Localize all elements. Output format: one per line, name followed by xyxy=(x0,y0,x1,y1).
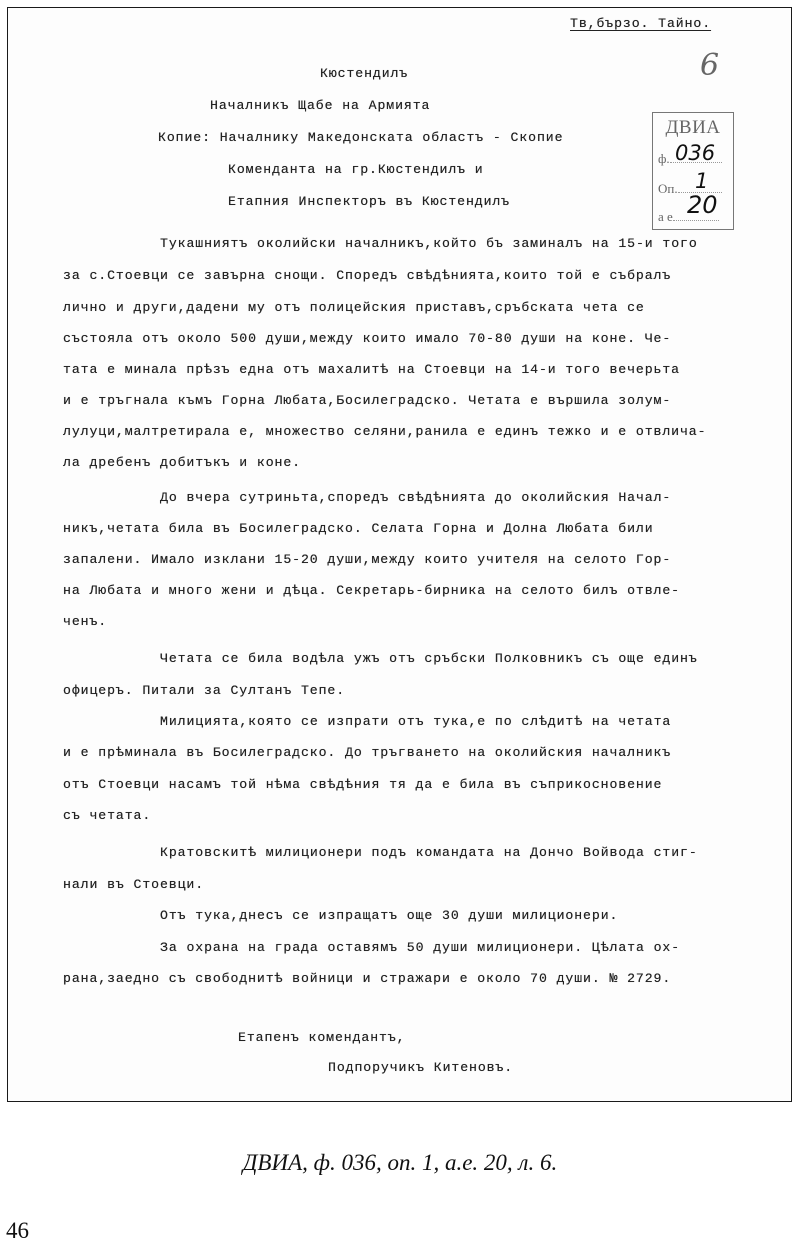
body-line: тата е минала прѣзъ една отъ махалитѣ на… xyxy=(63,362,680,377)
classification-mark: Тв,бързо. Тайно. xyxy=(570,16,711,31)
body-line: Отъ тука,днесъ се изпращатъ още 30 души … xyxy=(160,908,618,923)
body-line: нали въ Стоевци. xyxy=(63,877,204,892)
copies-line-3: Етапния Инспекторъ въ Кюстендилъ xyxy=(228,194,510,209)
body-line: никъ,четата била въ Босилеградско. Селат… xyxy=(63,521,654,536)
body-line: До вчера сутриньта,споредъ свѣдѣнията до… xyxy=(160,490,671,505)
body-line: ла дребенъ добитъкъ и коне. xyxy=(63,455,301,470)
body-line: за с.Стоевци се завърна снощи. Споредъ с… xyxy=(63,268,671,283)
page-number: 46 xyxy=(6,1218,29,1244)
body-line: лулуци,малтретирала е, множество селяни,… xyxy=(63,424,706,439)
stamp-unit-value: 20 xyxy=(687,191,718,219)
body-line: За охрана на града оставямъ 50 души мили… xyxy=(160,940,680,955)
body-line: ченъ. xyxy=(63,614,107,629)
stamp-opis-value: 1 xyxy=(695,169,708,193)
body-line: Милицията,която се изпрати отъ тука,е по… xyxy=(160,714,671,729)
body-line: и е тръгнала къмъ Горна Любата,Босилегра… xyxy=(63,393,671,408)
place-heading: Кюстендилъ xyxy=(320,66,408,81)
body-line: запалени. Имало изклани 15-20 души,между… xyxy=(63,552,671,567)
recipient-line: Началникъ Щабе на Армията xyxy=(210,98,430,113)
body-line: Четата се била водѣла ужъ отъ сръбски По… xyxy=(160,651,698,666)
body-line: на Любата и много жени и дѣца. Секретарь… xyxy=(63,583,680,598)
stamp-title: ДВИА xyxy=(653,117,733,139)
signature-title: Етапенъ комендантъ, xyxy=(238,1030,405,1045)
folio-number-handwritten: 6 xyxy=(700,48,719,83)
body-line: и е прѣминала въ Босилеградско. До тръгв… xyxy=(63,745,671,760)
body-line: лично и други,дадени му отъ полицейския … xyxy=(63,300,645,315)
archive-citation-caption: ДВИА, ф. 036, оп. 1, а.е. 20, л. 6. xyxy=(0,1150,800,1176)
body-line: съ четата. xyxy=(63,808,151,823)
body-line: рана,заедно съ свободнитѣ войници и стра… xyxy=(63,971,671,986)
body-line: офицеръ. Питали за Султанъ Тепе. xyxy=(63,683,345,698)
archive-stamp: ДВИА ф. 036 Оп. 1 а е 20 xyxy=(652,112,734,230)
copies-line-1: Копие: Началнику Македонската областъ - … xyxy=(158,130,563,145)
body-line: отъ Стоевци насамъ той нѣма свѣдѣния тя … xyxy=(63,777,662,792)
body-line: състояла отъ около 500 души,между които … xyxy=(63,331,671,346)
copies-line-2: Коменданта на гр.Кюстендилъ и xyxy=(228,162,484,177)
stamp-fond-value: 036 xyxy=(675,141,715,165)
body-line: Кратовскитѣ милиционери подъ командата н… xyxy=(160,845,698,860)
body-line: Тукашниятъ околийски началникъ,който бъ … xyxy=(160,236,698,251)
signature-name: Подпоручикъ Китеновъ. xyxy=(328,1060,513,1075)
